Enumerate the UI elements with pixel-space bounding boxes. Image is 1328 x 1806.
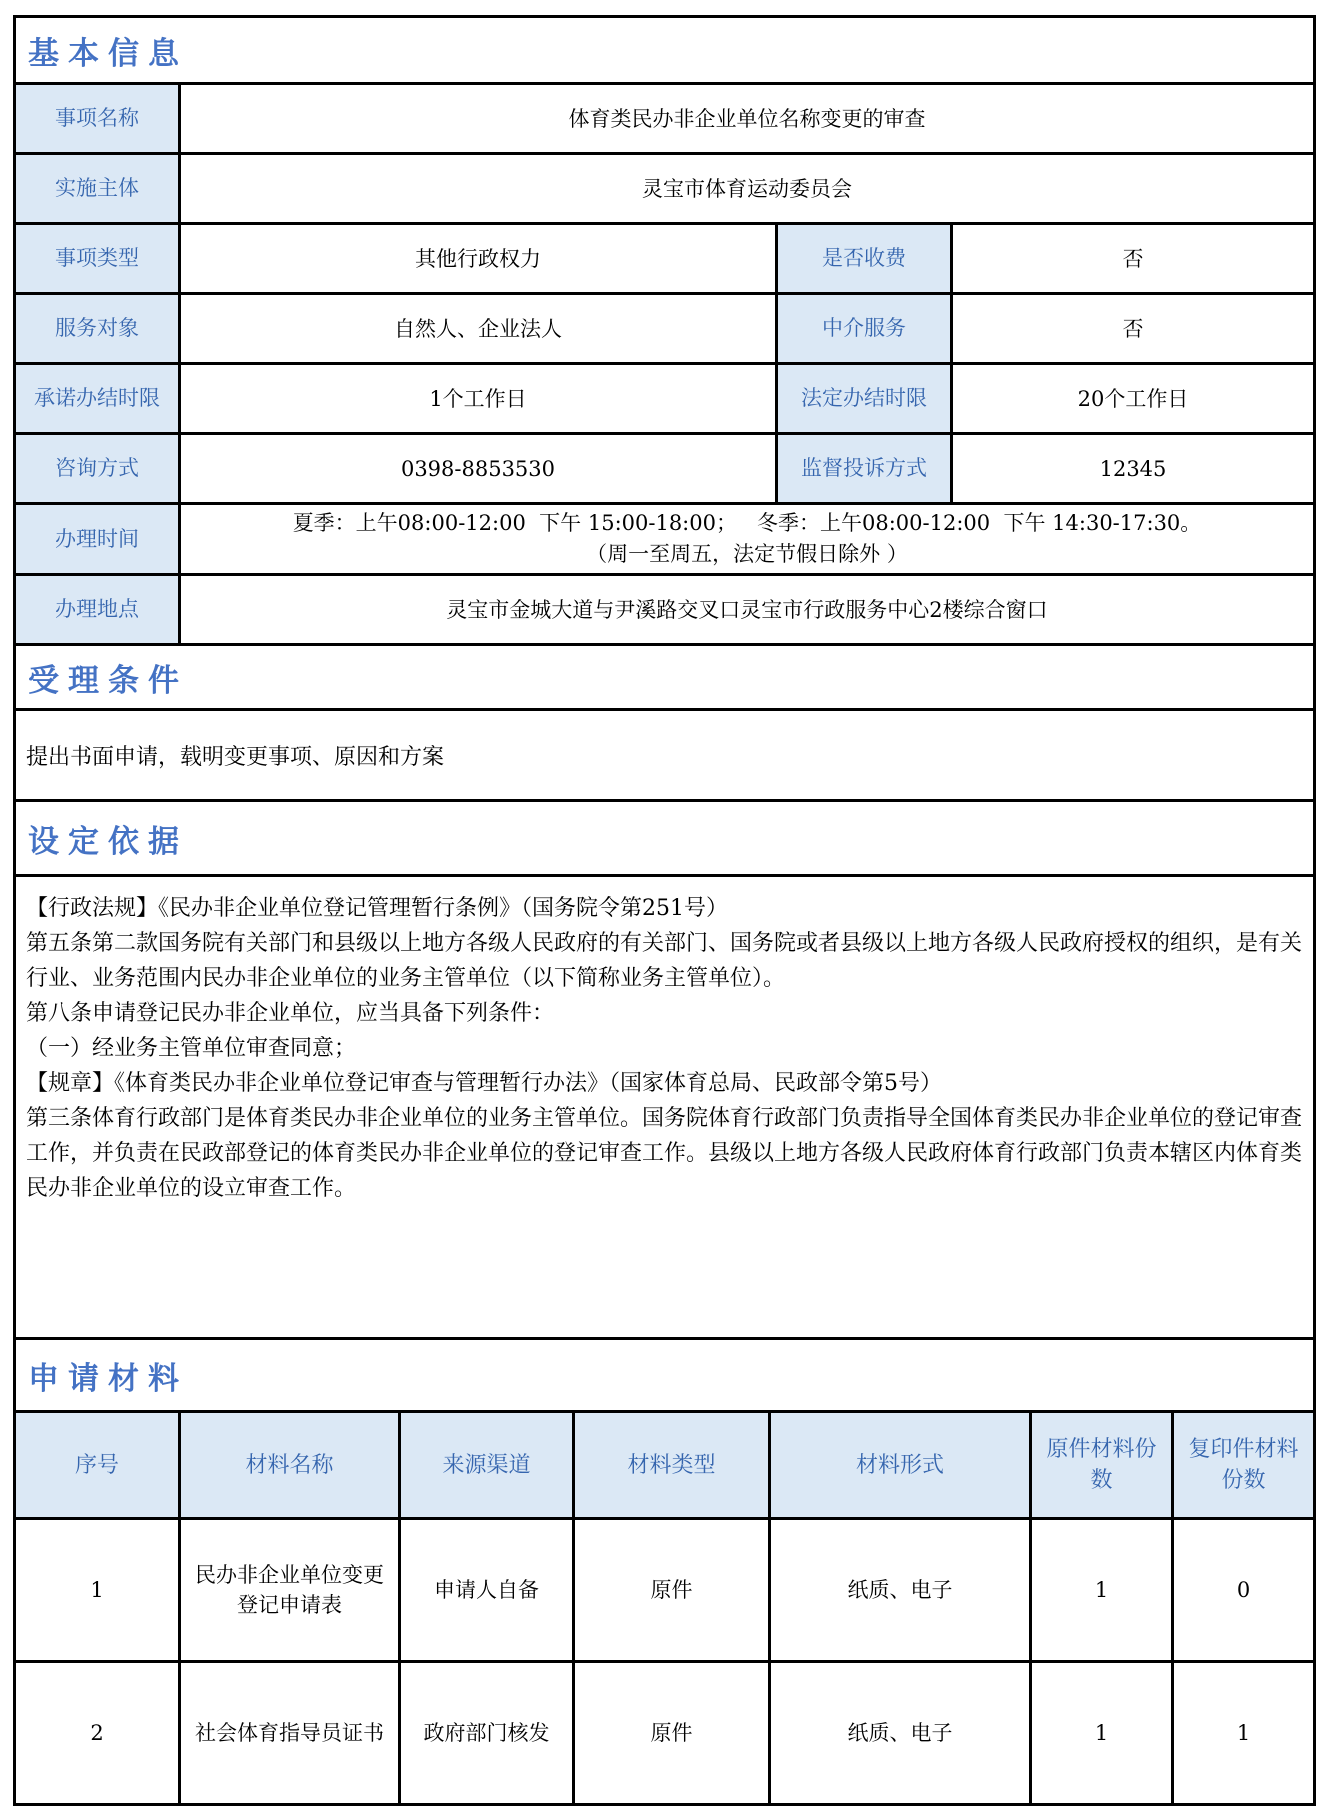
- materials-header-original-count: 原件材料份数: [1031, 1412, 1173, 1519]
- service-item-document: 基本信息 事项名称 体育类民办非企业单位名称变更的审查 实施主体 灵宝市体育运动…: [13, 15, 1313, 1806]
- materials-header-index: 序号: [15, 1412, 180, 1519]
- legal-basis-content: 【行政法规】《民办非企业单位登记管理暂行条例》（国务院令第251号） 第五条第二…: [15, 876, 1315, 1339]
- section-title-legal-basis: 设定依据: [15, 801, 1315, 876]
- fee-required-value: 否: [952, 224, 1315, 294]
- materials-title-row: 申请材料: [15, 1339, 1315, 1412]
- statutory-time-limit-value: 20个工作日: [952, 364, 1315, 434]
- row-contact: 咨询方式 0398-8853530 监督投诉方式 12345: [15, 434, 1315, 504]
- material-2-original-count: 1: [1031, 1662, 1173, 1805]
- service-target-label: 服务对象: [15, 294, 180, 364]
- material-1-source: 申请人自备: [400, 1519, 574, 1662]
- complaint-method-value: 12345: [952, 434, 1315, 504]
- row-implementing-body: 实施主体 灵宝市体育运动委员会: [15, 154, 1315, 224]
- legal-basis-content-row: 【行政法规】《民办非企业单位登记管理暂行条例》（国务院令第251号） 第五条第二…: [15, 876, 1315, 1339]
- implementing-body-label: 实施主体: [15, 154, 180, 224]
- consultation-method-value: 0398-8853530: [180, 434, 777, 504]
- office-hours-value: 夏季：上午08:00-12:00 下午 15:00-18:00； 冬季：上午08…: [180, 504, 1315, 575]
- legal-basis-table: 设定依据 【行政法规】《民办非企业单位登记管理暂行条例》（国务院令第251号） …: [13, 799, 1316, 1340]
- material-2-form: 纸质、电子: [770, 1662, 1031, 1805]
- legal-basis-title-row: 设定依据: [15, 801, 1315, 876]
- implementing-body-value: 灵宝市体育运动委员会: [180, 154, 1315, 224]
- material-1-type: 原件: [574, 1519, 770, 1662]
- intermediary-service-label: 中介服务: [777, 294, 952, 364]
- materials-header-type: 材料类型: [574, 1412, 770, 1519]
- materials-header-source: 来源渠道: [400, 1412, 574, 1519]
- complaint-method-label: 监督投诉方式: [777, 434, 952, 504]
- section-title-basic-info: 基本信息: [15, 17, 1315, 84]
- materials-header-name: 材料名称: [180, 1412, 400, 1519]
- acceptance-content-row: 提出书面申请，载明变更事项、原因和方案: [15, 710, 1315, 801]
- office-location-value: 灵宝市金城大道与尹溪路交叉口灵宝市行政服务中心2楼综合窗口: [180, 575, 1315, 645]
- promised-time-limit-value: 1个工作日: [180, 364, 777, 434]
- materials-header-copy-count: 复印件材料份数: [1173, 1412, 1315, 1519]
- consultation-method-label: 咨询方式: [15, 434, 180, 504]
- materials-header-form: 材料形式: [770, 1412, 1031, 1519]
- service-target-value: 自然人、企业法人: [180, 294, 777, 364]
- materials-row-2: 2 社会体育指导员证书 政府部门核发 原件 纸质、电子 1 1: [15, 1662, 1315, 1805]
- section-title-acceptance: 受理条件: [15, 645, 1315, 710]
- material-2-source: 政府部门核发: [400, 1662, 574, 1805]
- material-2-name: 社会体育指导员证书: [180, 1662, 400, 1805]
- material-2-copy-count: 1: [1173, 1662, 1315, 1805]
- row-time-limits: 承诺办结时限 1个工作日 法定办结时限 20个工作日: [15, 364, 1315, 434]
- materials-header-row: 序号 材料名称 来源渠道 材料类型 材料形式 原件材料份数 复印件材料份数: [15, 1412, 1315, 1519]
- promised-time-limit-label: 承诺办结时限: [15, 364, 180, 434]
- material-1-index: 1: [15, 1519, 180, 1662]
- row-item-type: 事项类型 其他行政权力 是否收费 否: [15, 224, 1315, 294]
- material-2-type: 原件: [574, 1662, 770, 1805]
- item-type-label: 事项类型: [15, 224, 180, 294]
- row-service-target: 服务对象 自然人、企业法人 中介服务 否: [15, 294, 1315, 364]
- item-name-label: 事项名称: [15, 84, 180, 154]
- materials-row-1: 1 民办非企业单位变更登记申请表 申请人自备 原件 纸质、电子 1 0: [15, 1519, 1315, 1662]
- basic-info-table: 基本信息 事项名称 体育类民办非企业单位名称变更的审查 实施主体 灵宝市体育运动…: [13, 15, 1316, 646]
- material-1-original-count: 1: [1031, 1519, 1173, 1662]
- basic-info-title-row: 基本信息: [15, 17, 1315, 84]
- row-office-hours: 办理时间 夏季：上午08:00-12:00 下午 15:00-18:00； 冬季…: [15, 504, 1315, 575]
- materials-table: 申请材料 序号 材料名称 来源渠道 材料类型 材料形式 原件材料份数 复印件材料…: [13, 1337, 1316, 1806]
- section-title-materials: 申请材料: [15, 1339, 1315, 1412]
- row-office-location: 办理地点 灵宝市金城大道与尹溪路交叉口灵宝市行政服务中心2楼综合窗口: [15, 575, 1315, 645]
- item-type-value: 其他行政权力: [180, 224, 777, 294]
- fee-required-label: 是否收费: [777, 224, 952, 294]
- row-item-name: 事项名称 体育类民办非企业单位名称变更的审查: [15, 84, 1315, 154]
- material-1-copy-count: 0: [1173, 1519, 1315, 1662]
- acceptance-table: 受理条件 提出书面申请，载明变更事项、原因和方案: [13, 643, 1316, 802]
- office-hours-label: 办理时间: [15, 504, 180, 575]
- item-name-value: 体育类民办非企业单位名称变更的审查: [180, 84, 1315, 154]
- material-1-name: 民办非企业单位变更登记申请表: [180, 1519, 400, 1662]
- acceptance-content: 提出书面申请，载明变更事项、原因和方案: [15, 710, 1315, 801]
- statutory-time-limit-label: 法定办结时限: [777, 364, 952, 434]
- office-location-label: 办理地点: [15, 575, 180, 645]
- material-1-form: 纸质、电子: [770, 1519, 1031, 1662]
- acceptance-title-row: 受理条件: [15, 645, 1315, 710]
- intermediary-service-value: 否: [952, 294, 1315, 364]
- material-2-index: 2: [15, 1662, 180, 1805]
